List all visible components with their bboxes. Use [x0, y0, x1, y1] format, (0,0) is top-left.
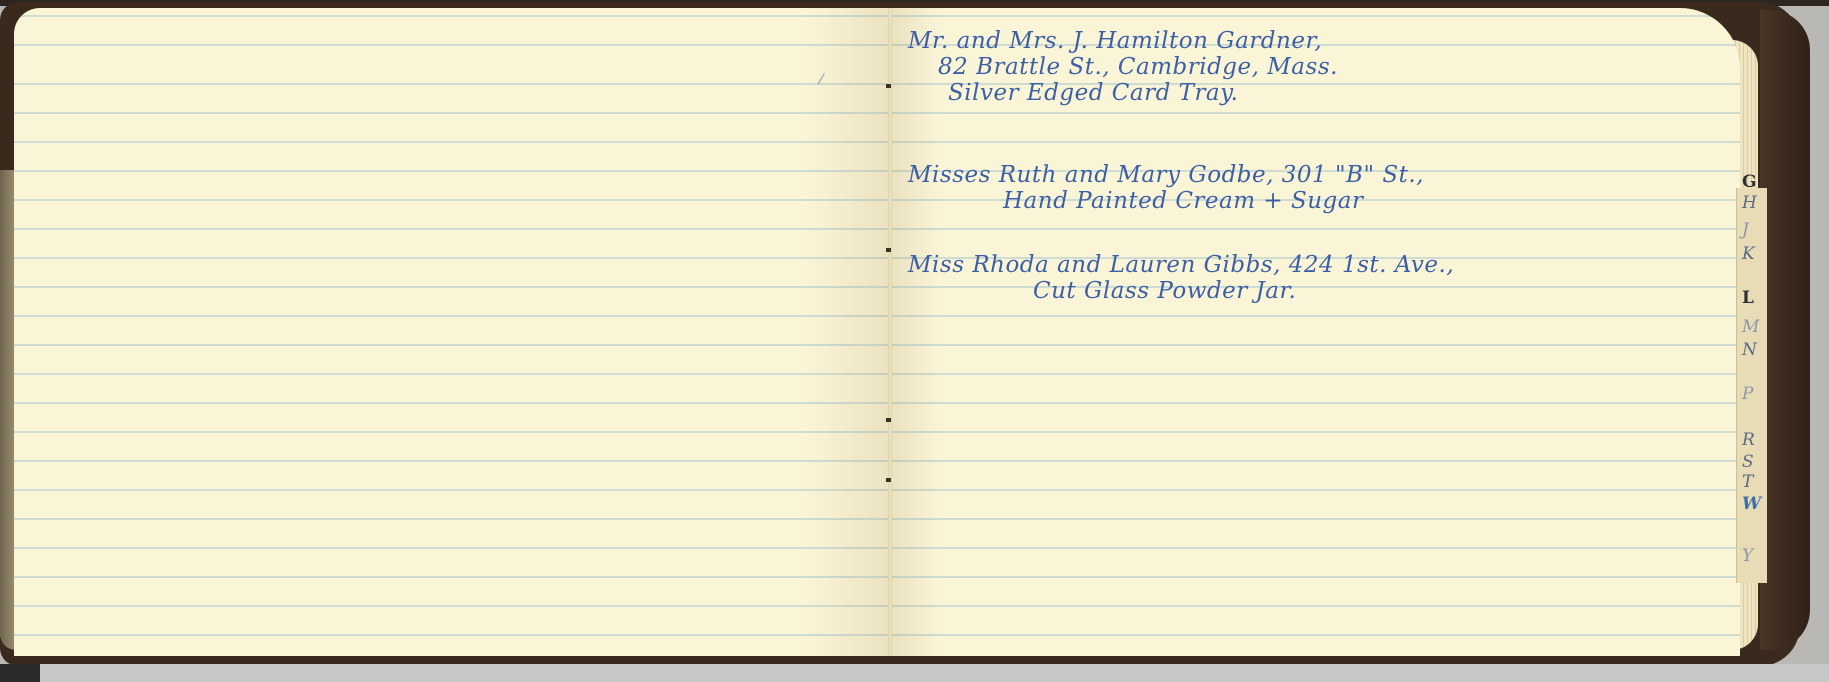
register-entry: Miss Rhoda and Lauren Gibbs, 424 1st. Av…: [908, 252, 1454, 304]
pencil-mark: ⁄: [820, 72, 822, 88]
entry-names: Mr. and Mrs. J. Hamilton Gardner,: [908, 28, 1338, 54]
entry-names: Miss Rhoda and Lauren Gibbs, 424 1st. Av…: [908, 252, 1454, 278]
scan-bottom-edge: [0, 664, 1829, 682]
index-tab-g[interactable]: G: [1742, 172, 1757, 192]
binding-stitch: [886, 478, 891, 482]
index-tab-w[interactable]: W: [1742, 494, 1761, 514]
index-tab-l[interactable]: L: [1742, 288, 1754, 308]
index-tab-j[interactable]: J: [1742, 220, 1749, 240]
entry-address: 82 Brattle St., Cambridge, Mass.: [908, 54, 1338, 80]
entry-gift: Silver Edged Card Tray.: [908, 80, 1338, 106]
index-tab-n[interactable]: N: [1742, 340, 1757, 360]
binding-stitch: [886, 248, 891, 252]
book-gutter: [888, 8, 892, 656]
book-cover-right-edge: [1760, 10, 1810, 650]
index-tab-s[interactable]: S: [1742, 452, 1754, 472]
left-page: [14, 8, 890, 656]
register-entry: Mr. and Mrs. J. Hamilton Gardner, 82 Bra…: [908, 28, 1338, 106]
register-entry: Misses Ruth and Mary Godbe, 301 "B" St.,…: [908, 162, 1424, 214]
binding-stitch: [886, 84, 891, 88]
index-tab-m[interactable]: M: [1742, 317, 1759, 337]
index-tab-p[interactable]: P: [1742, 384, 1753, 404]
index-tab-y[interactable]: Y: [1742, 546, 1753, 566]
entry-names: Misses Ruth and Mary Godbe, 301 "B" St.,: [908, 162, 1424, 188]
entry-gift: Hand Painted Cream + Sugar: [908, 188, 1424, 214]
index-tab-r[interactable]: R: [1742, 430, 1755, 450]
binding-stitch: [886, 418, 891, 422]
entry-gift: Cut Glass Powder Jar.: [908, 278, 1454, 304]
index-tab-k[interactable]: K: [1742, 244, 1755, 264]
index-tab-t[interactable]: T: [1742, 472, 1753, 492]
index-tab-h[interactable]: H: [1742, 193, 1757, 213]
